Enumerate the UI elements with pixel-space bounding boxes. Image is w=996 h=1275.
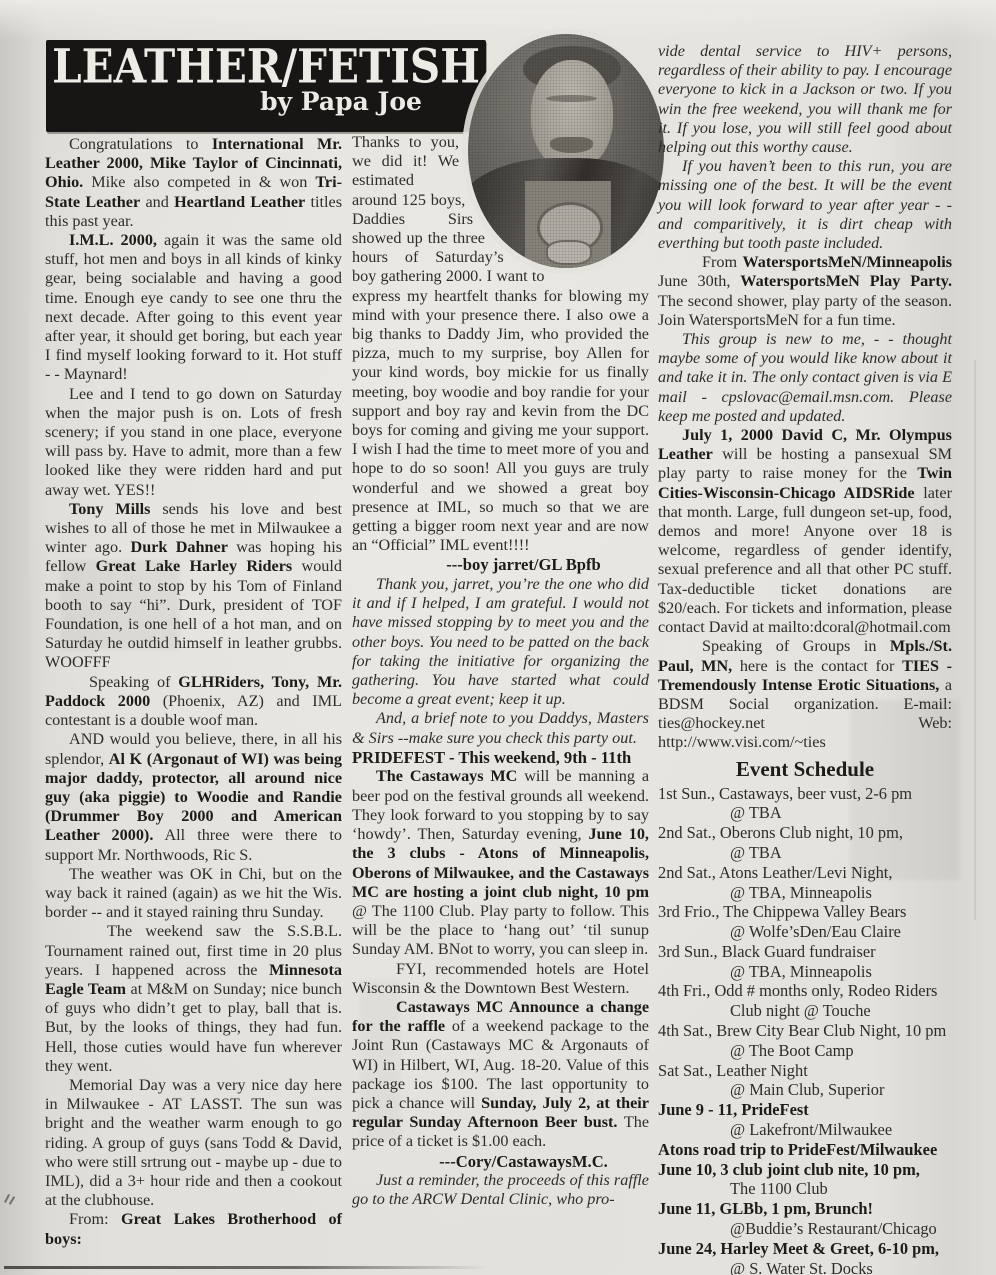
schedule-item-line1: June 10, 3 club joint club nite, 10 pm, [658,1160,952,1180]
schedule-item-line2: @ Lakefront/Milwaukee [658,1120,952,1140]
paragraph: Just a reminder, the proceeds of this ra… [352,1171,649,1209]
paragraph: This group is new to me, - - thought may… [658,330,952,426]
section-heading: ---boy jarret/GL Bpfb [352,555,649,575]
pen-mark-artifact [3,1192,17,1208]
paragraph: Castaways MC Announce a change for the r… [352,998,649,1152]
page-title: LEATHER/FETISH [46,41,486,93]
body-text: Lee and I tend to go down on Saturday wh… [45,385,342,499]
italic-text: vide dental service to HIV+ persons, reg… [658,42,952,156]
paragraph: Speaking of GLHRiders, Tony, Mr. Paddock… [45,673,342,731]
paragraph: If you haven’t been to this run, you are… [658,157,952,253]
paragraph: Congratulations to International Mr. Lea… [45,135,342,231]
schedule-item-line1: Sat Sat., Leather Night [658,1061,952,1081]
paragraph: Thank you, jarret, you’re the one who di… [352,575,649,709]
body-text: Mike also competed in & won [83,173,315,191]
schedule-item-line1: 3rd Sun., Black Guard fundraiser [658,942,952,962]
bold-text: Durk Dahner [131,538,228,556]
paragraph: July 1, 2000 David C, Mr. Olympus Leathe… [658,426,952,637]
paragraph: And, a brief note to you Daddys, Masters… [352,709,649,747]
schedule-item-line1: 1st Sun., Castaways, beer vust, 2-6 pm [658,784,952,804]
column-right: vide dental service to HIV+ persons, reg… [658,42,952,1275]
schedule-item-line2: @ S. Water St. Docks [658,1259,952,1275]
column-left: Congratulations to International Mr. Lea… [45,135,342,1249]
italic-text: This group is new to me, - - thought may… [658,330,952,425]
italic-text: If you haven’t been to this run, you are… [658,157,952,252]
body-text: again it was the same old stuff, hot men… [45,231,342,383]
column-middle: Thanks to you, we did it! We estimated a… [352,133,649,1210]
schedule-item: 4th Sat., Brew City Bear Club Night, 10 … [658,1021,952,1061]
bold-text: WatersportsMeN/Minneapolis [742,253,952,271]
body-text: June 30th, [658,272,740,290]
italic-text: And, a brief note to you Daddys, Masters… [352,709,649,746]
bottom-scan-line [4,1266,490,1269]
body-text: and [140,193,174,211]
schedule-item-line1: 2nd Sat., Atons Leather/Levi Night, [658,863,952,883]
paragraph: The Castaways MC will be manning a beer … [352,767,649,959]
paragraph: I.M.L. 2000, again it was the same old s… [45,231,342,385]
schedule-item-line1: 3rd Frio., The Chippewa Valley Bears [658,902,952,922]
schedule-item-line1: June 24, Harley Meet & Greet, 6-10 pm, [658,1239,952,1259]
schedule-item-line2: @ TBA, Minneapolis [658,883,952,903]
schedule-item-line2: @Buddie’s Restaurant/Chicago [658,1219,952,1239]
schedule-item-line2: @ The Boot Camp [658,1041,952,1061]
bold-text: Great Lake Harley Riders [96,557,293,575]
schedule-item: Atons road trip to PrideFest/Milwaukee [658,1140,952,1160]
schedule-item-line2: @ TBA [658,843,952,863]
schedule-item-line1: June 11, GLBb, 1 pm, Brunch! [658,1199,952,1219]
schedule-item-line2: @ Wolfe’sDen/Eau Claire [658,922,952,942]
bold-text: Tony Mills [69,500,150,518]
body-text: Speaking of Groups in [702,637,890,655]
schedule-item-line1: June 9 - 11, PrideFest [658,1100,952,1120]
paragraph: Tony Mills sends his love and best wishe… [45,500,342,673]
section-heading: Event Schedule [658,753,952,784]
paragraph: From: Great Lakes Brotherhood of boys: [45,1210,342,1248]
body-text: later that month. Large, full dungeon se… [658,484,952,636]
section-heading: PRIDEFEST - This weekend, 9th - 11th [352,748,649,768]
body-text: From: [69,1210,121,1228]
schedule-item: June 24, Harley Meet & Greet, 6-10 pm,@ … [658,1239,952,1275]
bold-text: I.M.L. 2000, [69,231,157,249]
paragraph: AND would you believe, there, in all his… [45,730,342,864]
schedule-item: 3rd Frio., The Chippewa Valley Bears@ Wo… [658,902,952,942]
bold-text: Heartland Leather [174,193,305,211]
paragraph: From WatersportsMeN/Minneapolis June 30t… [658,253,952,330]
schedule-item: 3rd Sun., Black Guard fundraiser@ TBA, M… [658,942,952,982]
paragraph: The weekend saw the S.S.B.L. Tournament … [45,922,342,1076]
schedule-item-line2: @ TBA, Minneapolis [658,962,952,982]
body-text: Speaking of [89,673,178,691]
paragraph: Memorial Day was a very nice day here in… [45,1076,342,1210]
schedule-item-line1: 4th Sat., Brew City Bear Club Night, 10 … [658,1021,952,1041]
schedule-item: June 11, GLBb, 1 pm, Brunch!@Buddie’s Re… [658,1199,952,1239]
schedule-item: Sat Sat., Leather Night@ Main Club, Supe… [658,1061,952,1101]
schedule-item: 2nd Sat., Oberons Club night, 10 pm,@ TB… [658,823,952,863]
schedule-item-line2: @ TBA [658,803,952,823]
body-text: here is the contact for [732,657,902,675]
body-text: The weather was OK in Chi, but on the wa… [45,865,342,921]
body-text: Memorial Day was a very nice day here in… [45,1076,342,1209]
schedule-item-line2: Club night @ Touche [658,1001,952,1021]
schedule-item: 4th Fri., Odd # months only, Rodeo Rider… [658,981,952,1021]
newsletter-page: LEATHER/FETISH by Papa Joe Congratulatio… [0,0,996,1275]
schedule-item-line2: @ Main Club, Superior [658,1080,952,1100]
paragraph: The weather was OK in Chi, but on the wa… [45,865,342,923]
schedule-item-line2: The 1100 Club [658,1179,952,1199]
body-text: The second shower, play party of the sea… [658,292,952,329]
schedule-item: June 9 - 11, PrideFest@ Lakefront/Milwau… [658,1100,952,1140]
italic-text: Just a reminder, the proceeds of this ra… [352,1171,649,1208]
body-text: Congratulations to [69,135,212,153]
paragraph: Lee and I tend to go down on Saturday wh… [45,385,342,500]
italic-text: Thank you, jarret, you’re the one who di… [352,575,649,708]
schedule-item: 1st Sun., Castaways, beer vust, 2-6 pm@ … [658,784,952,824]
title-banner: LEATHER/FETISH by Papa Joe [46,40,486,132]
paragraph: Speaking of Groups in Mpls./St. Paul, MN… [658,637,952,752]
schedule-item: June 10, 3 club joint club nite, 10 pm,T… [658,1160,952,1200]
body-text: From [702,253,742,271]
paragraph: vide dental service to HIV+ persons, reg… [658,42,952,157]
body-text: @ The 1100 Club. Play party to follow. T… [352,902,649,958]
body-text: FYI, recommended hotels are Hotel Wiscon… [352,960,649,997]
bold-text: The Castaways MC [376,767,517,785]
schedule-item: 2nd Sat., Atons Leather/Levi Night,@ TBA… [658,863,952,903]
paragraph: FYI, recommended hotels are Hotel Wiscon… [352,960,649,998]
schedule-item-line1: Atons road trip to PrideFest/Milwaukee [658,1140,952,1160]
right-fold-line [974,360,976,920]
bold-text: WatersportsMeN Play Party. [740,272,952,290]
schedule-item-line1: 4th Fri., Odd # months only, Rodeo Rider… [658,981,952,1001]
schedule-item-line1: 2nd Sat., Oberons Club night, 10 pm, [658,823,952,843]
section-heading: ---Cory/CastawaysM.C. [352,1152,649,1172]
